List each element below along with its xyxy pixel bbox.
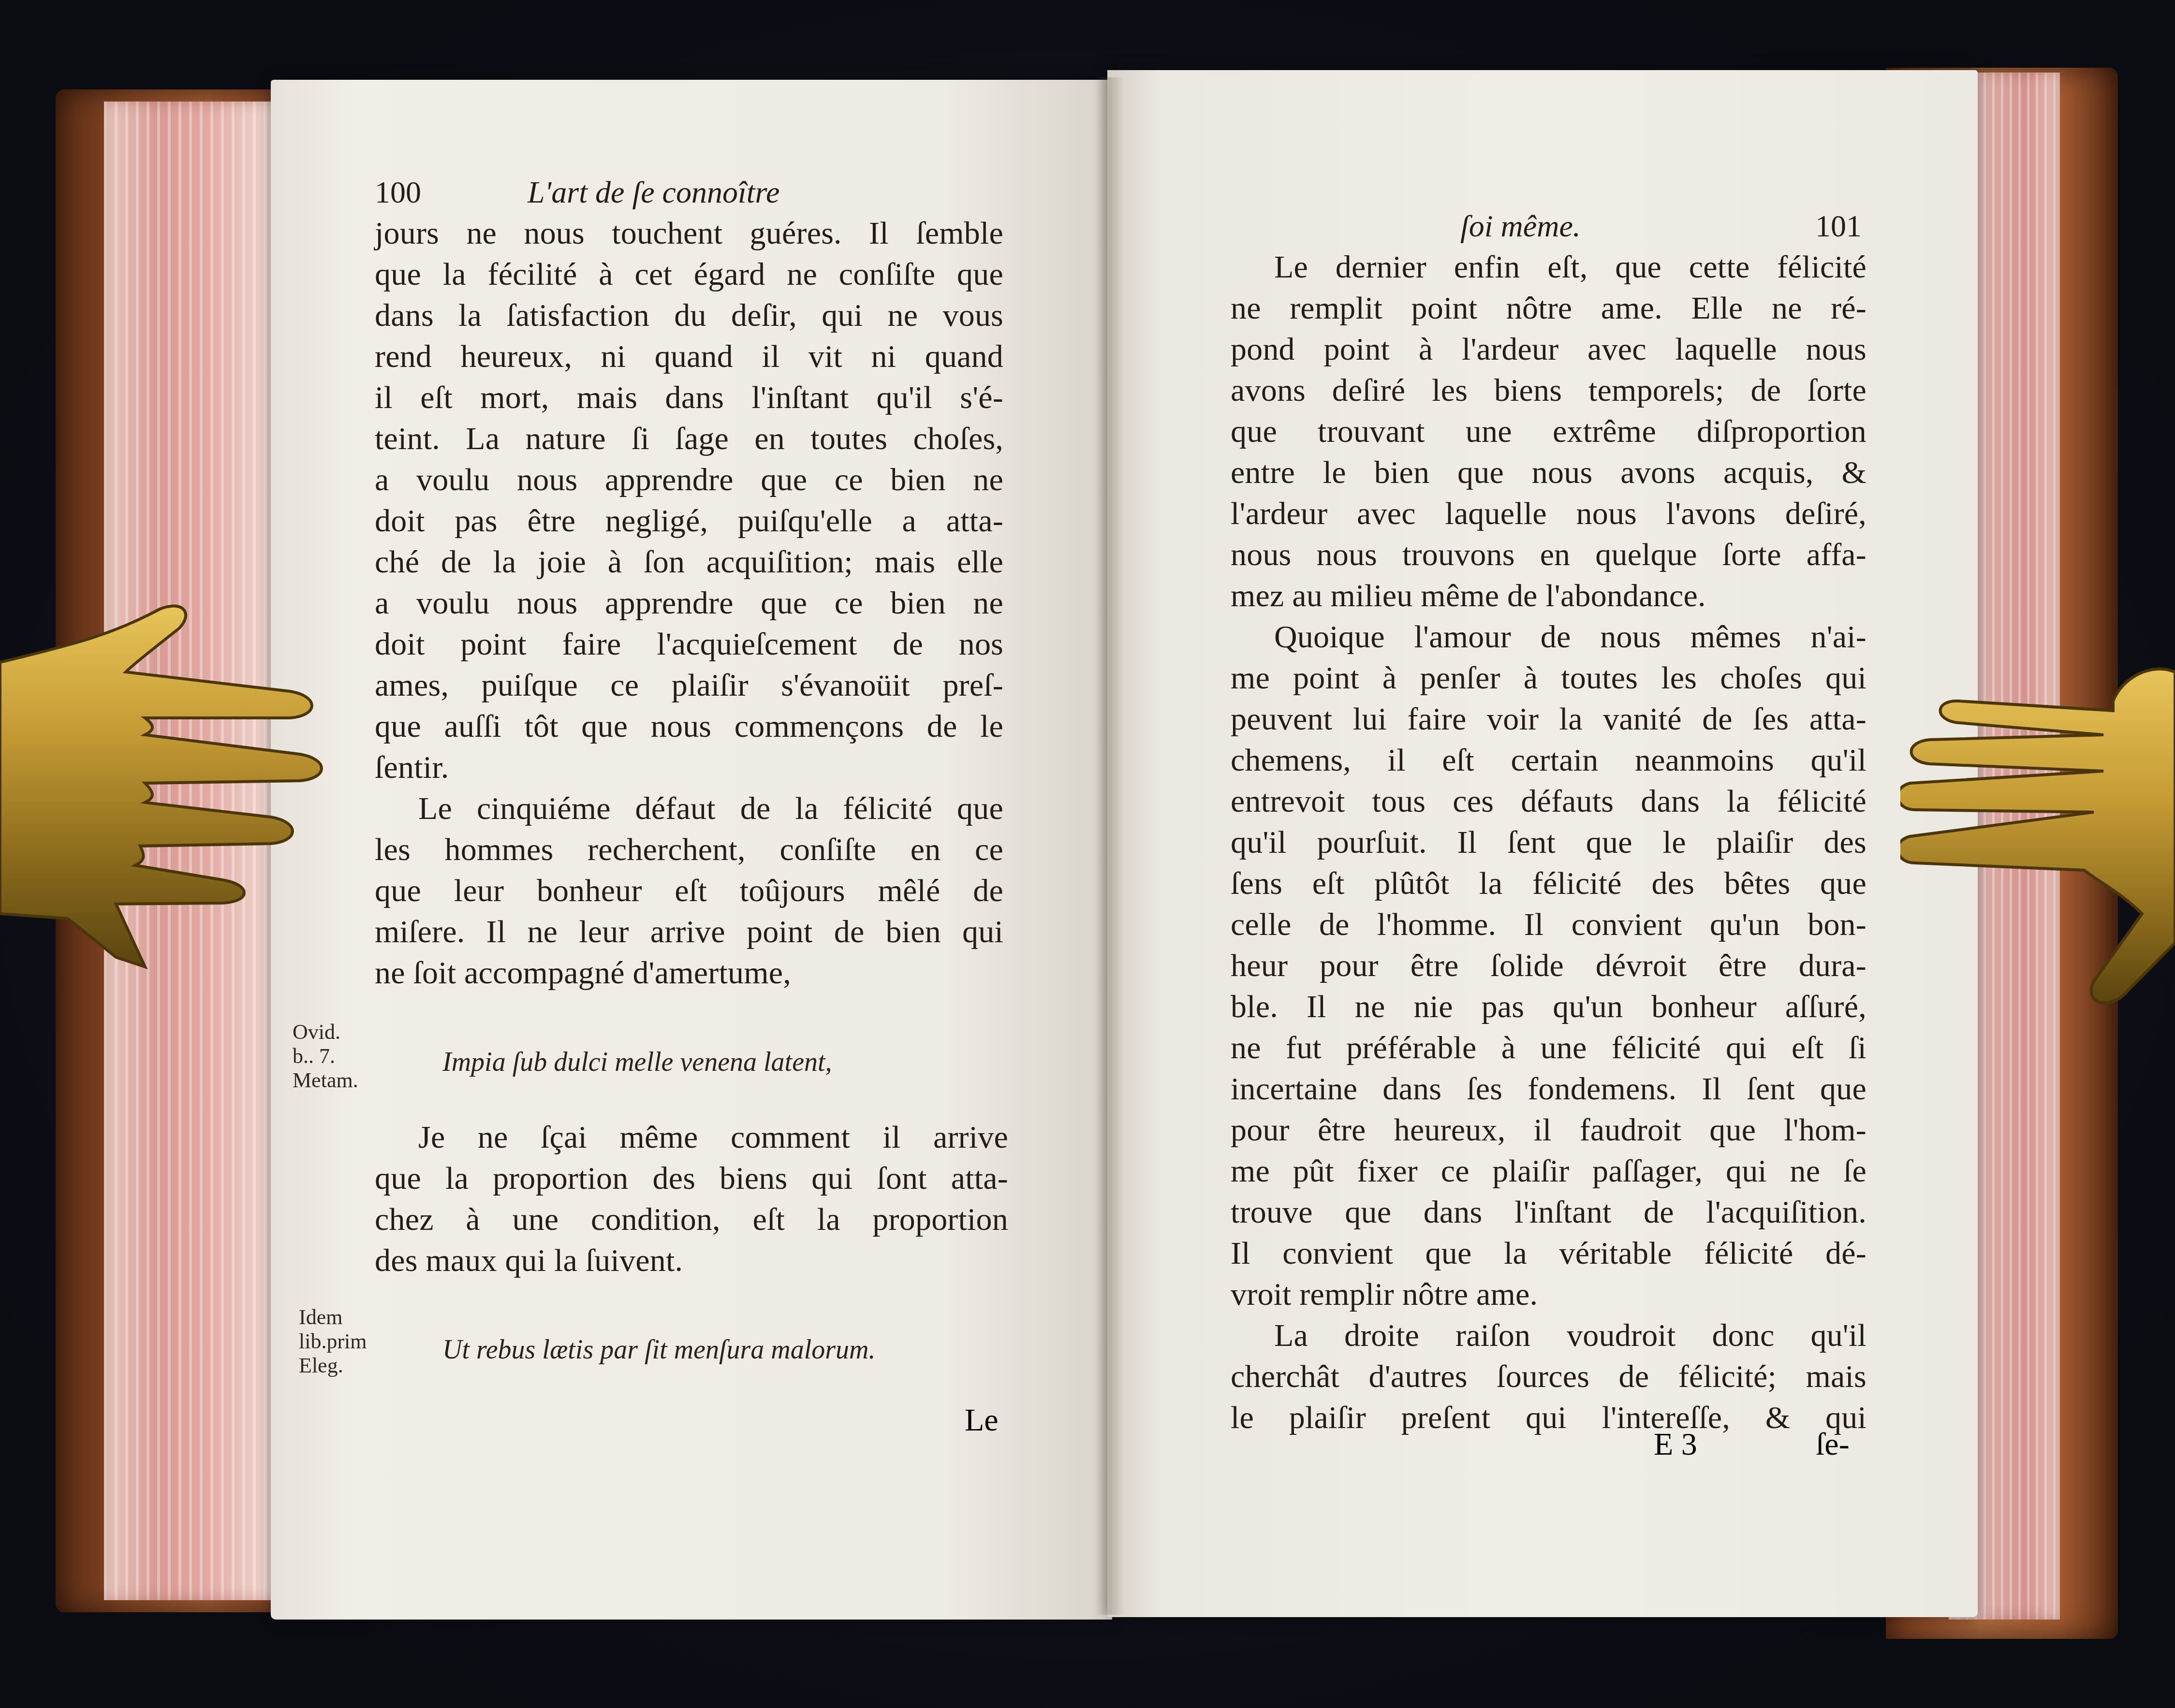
text-line: Quoique l'amour de nous mêmes n'ai- bbox=[1231, 616, 1866, 657]
text-line: entrevoit tous ces défauts dans la félic… bbox=[1231, 781, 1866, 822]
text-line: incertaine dans ſes fondemens. Il ſent q… bbox=[1231, 1068, 1866, 1109]
text-line: ne remplit point nôtre ame. Elle ne ré- bbox=[1231, 288, 1866, 329]
text-line: mez au milieu même de l'abondance. bbox=[1231, 575, 1866, 616]
text-line: teint. La nature ſi ſage en toutes choſe… bbox=[375, 418, 1003, 459]
text-line: que trouvant une extrême diſproportion bbox=[1231, 411, 1866, 452]
book-gutter bbox=[1095, 77, 1124, 1615]
left-page-body: jours ne nous touchent guéres. Il ſemble… bbox=[375, 213, 1003, 993]
left-page-body-2: Je ne ſçai même comment il arrive que la… bbox=[375, 1117, 1008, 1281]
right-page-running-head: ſoi même. 101 bbox=[1228, 205, 1866, 247]
brass-hand-right-icon bbox=[1900, 643, 2175, 1078]
text-line: a voulu nous apprendre que ce bien ne bbox=[375, 459, 1003, 500]
text-line: que leur bonheur eſt toûjours mêlé de bbox=[375, 870, 1003, 911]
text-line: cherchât d'autres ſources de félicité; m… bbox=[1231, 1356, 1866, 1397]
text-line: jours ne nous touchent guéres. Il ſemble bbox=[375, 213, 1003, 254]
text-line: a voulu nous apprendre que ce bien ne bbox=[375, 583, 1003, 624]
text-line: que auſſi tôt que nous commençons de le bbox=[375, 706, 1003, 747]
text-line: celle de l'homme. Il convient qu'un bon- bbox=[1231, 904, 1866, 945]
text-line: vroit remplir nôtre ame. bbox=[1231, 1274, 1866, 1315]
margin-note-ovid: Ovid. b.. 7. Metam. bbox=[293, 1020, 358, 1093]
text-line: Le dernier enfin eſt, que cette félicité bbox=[1231, 247, 1866, 288]
text-line: ſens eſt plûtôt la félicité des bêtes qu… bbox=[1231, 863, 1866, 904]
text-line: Le cinquiéme défaut de la félicité que bbox=[375, 788, 1003, 829]
left-page-running-head: 100 L'art de ſe connoître bbox=[375, 172, 1003, 213]
text-line: doit point faire l'acquieſcement de nos bbox=[375, 624, 1003, 665]
page-number-left: 100 bbox=[375, 172, 520, 213]
text-line: ne fut préférable à une félicité qui eſt… bbox=[1231, 1027, 1866, 1068]
text-line: le plaiſir preſent qui l'intereſſe, & qu… bbox=[1231, 1397, 1866, 1438]
text-line: avons deſiré les biens temporels; de ſor… bbox=[1231, 370, 1866, 411]
text-line: l'ardeur avec laquelle nous l'avons deſi… bbox=[1231, 493, 1866, 534]
text-line: peuvent lui faire voir la vanité de ſes … bbox=[1231, 699, 1866, 740]
text-line: chemens, il eſt certain neanmoins qu'il bbox=[1231, 740, 1866, 781]
text-line: La droite raiſon voudroit donc qu'il bbox=[1231, 1315, 1866, 1356]
text-line: me pût fixer ce plaiſir paſſager, qui ne… bbox=[1231, 1151, 1866, 1192]
signature-mark: E 3 bbox=[1654, 1426, 1697, 1463]
text-line: trouve que dans l'inſtant de l'acquiſiti… bbox=[1231, 1192, 1866, 1233]
brass-hand-left-icon bbox=[0, 580, 338, 1015]
text-line: heur pour être ſolide dévroit être dura- bbox=[1231, 945, 1866, 986]
text-line: miſere. Il ne leur arrive point de bien … bbox=[375, 911, 1003, 952]
text-line: ames, puiſque ce plaiſir s'évanoüit preſ… bbox=[375, 665, 1003, 706]
text-line: ne ſoit accompagné d'amertume, bbox=[375, 952, 1003, 993]
latin-quote-2: Ut rebus lætis par ſit menſura malorum. bbox=[442, 1334, 876, 1365]
text-line: doit pas être negligé, puiſqu'elle a att… bbox=[375, 500, 1003, 541]
text-line: ché de la joie à ſon acquiſition; mais e… bbox=[375, 541, 1003, 583]
text-line: entre le bien que nous avons acquis, & bbox=[1231, 452, 1866, 493]
margin-note-idem: Idem lib.prim Eleg. bbox=[299, 1305, 367, 1378]
text-line: pond point à l'ardeur avec laquelle nous bbox=[1231, 329, 1866, 370]
text-line: me point à penſer à toutes les choſes qu… bbox=[1231, 657, 1866, 699]
running-head-left: L'art de ſe connoître bbox=[528, 175, 779, 209]
text-line: il eſt mort, mais dans l'inſtant qu'il s… bbox=[375, 377, 1003, 418]
text-line: chez à une condition, eſt la proportion bbox=[375, 1199, 1008, 1240]
catchword-left: Le bbox=[965, 1402, 999, 1439]
running-head-right: ſoi même. bbox=[1460, 205, 1581, 247]
text-line: ſentir. bbox=[375, 747, 1003, 788]
text-line: rend heureux, ni quand il vit ni quand bbox=[375, 336, 1003, 377]
text-line: les hommes recherchent, conſiſte en ce bbox=[375, 829, 1003, 870]
text-line: pour être heureux, il faudroit que l'hom… bbox=[1231, 1109, 1866, 1151]
text-line: que la fécilité à cet égard ne conſiſte … bbox=[375, 254, 1003, 295]
text-line: ble. Il ne nie pas qu'un bonheur aſſuré, bbox=[1231, 986, 1866, 1027]
text-line: Il convient que la véritable félicité dé… bbox=[1231, 1233, 1866, 1274]
text-line: que la proportion des biens qui ſont att… bbox=[375, 1158, 1008, 1199]
text-line: dans la ſatisfaction du deſir, qui ne vo… bbox=[375, 295, 1003, 336]
text-line: des maux qui la ſuivent. bbox=[375, 1240, 1008, 1281]
text-line: qu'il pourſuit. Il ſent que le plaiſir d… bbox=[1231, 822, 1866, 863]
page-number-right: 101 bbox=[1815, 205, 1862, 247]
latin-quote-1: Impia ſub dulci melle venena latent, bbox=[442, 1047, 832, 1078]
right-page-body: Le dernier enfin eſt, que cette félicité… bbox=[1231, 247, 1866, 1438]
catchword-right: ſe- bbox=[1816, 1426, 1850, 1463]
text-line: nous nous trouvons en quelque ſorte affa… bbox=[1231, 534, 1866, 575]
text-line: Je ne ſçai même comment il arrive bbox=[375, 1117, 1008, 1158]
